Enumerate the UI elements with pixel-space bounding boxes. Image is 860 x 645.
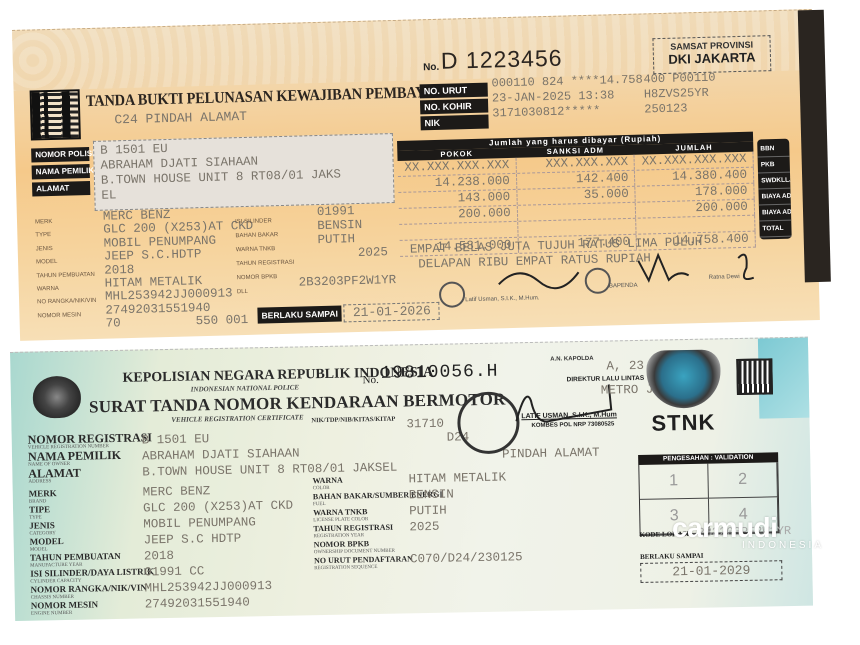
field-label-sub: ADDRESS [28,477,152,485]
field-value: C070/D24/230125 [410,549,523,567]
payment-cell: XX.XXX.XXX.XXX [635,152,754,170]
receipt-number: D 1223456 [441,45,563,75]
stnk-header-1-sub: INDONESIAN NATIONAL POLICE [191,383,299,393]
berlaku-sampai: BERLAKU SAMPAI 21-01-2026 [257,302,440,325]
field-label-text: NOMOR BPKB [314,539,370,549]
payment-cell [518,219,637,237]
label-tahun: TAHUN PEMBUATAN [36,269,96,284]
label-nomor-bpkb: NOMOR BPKB [236,270,295,286]
payment-cell: 143.000 [398,190,517,208]
label-nomor-polisi: NOMOR POLISI [31,147,89,163]
label-warna-tnkb: WARNA TNKB [236,242,295,258]
field-label-sub: ENGINE NUMBER [31,609,155,617]
receipt-no-label: No. [423,62,439,73]
field-label-text: TAHUN PEMBUATAN [30,551,121,563]
payment-cell [636,216,755,234]
payment-side-codes: BBNPKBSWDKLLJBIAYA ADM STNKBIAYA ADM TNK… [757,139,792,240]
label-dll: DLL [237,284,296,300]
label-bahan-bakar: BAHAN BAKAR [235,228,294,244]
field-value: 27492031551940 [145,594,295,613]
payment-cell: XX.XXX.XXX.XXX [398,158,517,176]
registration-values: B 1501 EU ABRAHAM DJATI SIAHAAN B.TOWN H… [142,428,398,481]
field-label-text: MERK [29,488,57,499]
value-nik: 3171030812***** [492,102,644,121]
carmudi-watermark: carmudi INDONESIA [672,512,824,551]
label-alamat: ALAMAT [32,181,90,197]
receipt-subtitle: C24 PINDAH ALAMAT [114,109,247,127]
field-label-text: NOMOR MESIN [31,599,98,610]
stnk-no-label: No. [362,374,378,386]
field-label-text: WARNA [312,476,342,486]
validation-slot: 1 [639,464,709,500]
payment-cell: XXX.XXX.XXX [516,155,635,173]
label-no-urut: NO. URUT [420,83,488,99]
field-label-text: TIPE [29,504,50,514]
field-value: HITAM METALIK [408,469,521,487]
stnk-vehicle-values: MERC BENZGLC 200 (X253)AT CKDMOBIL PENUM… [143,482,295,613]
field-label-text: ISI SILINDER/DAYA LISTRIK [30,566,154,578]
vehicle-labels-right: ISI SILINDER BAHAN BAKAR WARNA TNKB TAHU… [235,214,295,299]
payment-cell: 178.000 [636,184,755,202]
stnk-remark: PINDAH ALAMAT [502,446,600,462]
field-label-text: NOMOR RANGKA/NIK/VIN [30,582,146,594]
vehicle-values: MERC BENZ GLC 200 (X253)AT CKD MOBIL PEN… [103,207,256,332]
black-edge-strip [798,10,831,283]
payment-cell: 14.380.400 [635,168,754,186]
issue-place-label: A.N. KAPOLDA [550,356,593,363]
director-label: DIREKTUR LALU LINTAS [567,375,645,383]
police-shield-icon [646,349,721,408]
tax-payment-receipt: TANDA BUKTI PELUNASAN KEWAJIBAN PEMBAYAR… [12,9,820,341]
official-stamp-icon [439,281,466,308]
berlaku-label: BERLAKU SAMPAI [257,305,342,323]
payment-cell: 142.400 [517,171,636,189]
signer-1: Latif Usman, S.I.K., M.Hum. [465,295,539,303]
value-dll: 2B3203PF2W1YR [299,273,397,290]
owner-box: B 1501 EU ABRAHAM DJATI SIAHAAN B.TOWN H… [93,133,395,211]
side-code: BIAYA ADM TNKB [759,205,791,222]
qr-code-icon [30,89,81,140]
value-right-1: H8ZVS25YR [644,86,716,103]
field-value: GLC 200 (X253)AT CKD [143,498,293,517]
label-nama-pemilik: NAMA PEMILIK [32,164,90,180]
owner-labels: NOMOR POLISI NAMA PEMILIK ALAMAT [31,147,90,200]
payment-cell: 35.000 [517,187,636,205]
qr-code-icon [736,358,773,395]
top-values: 000110 824 ****14.758 23-JAN-2025 13:38 … [491,73,643,122]
field-label-text: JENIS [29,520,55,530]
samsat-line-2: DKI JAKARTA [654,49,770,67]
payment-cell [517,203,636,221]
side-code: TOTAL [759,221,791,238]
label-tahun-registrasi: TAHUN REGISTRASI [236,256,295,272]
payment-cell [399,222,518,240]
nik-label: NIK/TDP/NIB/KITAS/KITAP [311,416,395,425]
field-label: NOMOR MESINENGINE NUMBER [31,598,155,616]
value-right-2: 250123 [644,101,716,118]
signature-icon [488,247,789,295]
side-code: SWDKLLJ [758,173,790,190]
field-label-text: MODEL [30,536,64,547]
field-label-text: WARNA TNKB [313,507,367,517]
field-label: ALAMATADDRESS [28,466,153,485]
top-labels: NO. URUT NO. KOHIR NIK [420,83,489,133]
label-isi-silinder: ISI SILINDER [235,214,294,230]
registration-labels: NOMOR REGISTRASIVEHICLE REGISTRATION NUM… [28,432,153,485]
watermark-sub: INDONESIA [742,540,824,551]
stnk-berlaku-label: BERLAKU SAMPAI [640,552,704,561]
berlaku-value: 21-01-2026 [344,302,440,323]
payment-cell: 200.000 [399,206,518,224]
label-rangka: NO RANGKA/NIK/VIN [37,295,97,310]
vehicle-labels: MERK TYPE JENIS MODEL TAHUN PEMBUATAN WA… [35,215,97,324]
stnk-berlaku-value: 21-01-2029 [640,560,782,583]
label-mesin: NOMOR MESIN [37,309,97,324]
label-nik: NIK [420,115,488,131]
stnk-badge: STNK [651,409,715,436]
top-values-right: 400 P00110 H8ZVS25YR 250123 [643,71,716,118]
side-code: BIAYA ADM STNK [758,189,790,206]
side-code: BBN [757,141,789,158]
label-no-kohir: NO. KOHIR [420,99,488,115]
stnk-vehicle-values-right: HITAM METALIKBENSINPUTIH2025 C070/D24/23… [408,469,522,567]
field-value: MHL253942JJ000913 [144,578,294,597]
stnk-header-2-sub: VEHICLE REGISTRATION CERTIFICATE [171,413,303,424]
field-label-text: NO URUT PENDAFTARAN [314,554,413,565]
samsat-box: SAMSAT PROVINSI DKI JAKARTA [652,35,771,74]
side-code: PKB [758,157,790,174]
police-emblem-icon [32,376,81,419]
field-label-text: NAMA PEMILIK [28,448,121,464]
payment-cell: 200.000 [636,200,755,218]
field-label-text: TAHUN REGISTRASI [313,523,393,534]
vehicle-registration-certificate: KEPOLISIAN NEGARA REPUBLIK INDONESIA IND… [10,337,813,621]
vehicle-values-right: 01991 BENSIN PUTIH 2025 2B3203PF2W1YR [317,203,397,289]
validation-slot: 2 [708,462,778,498]
payment-cell: 14.238.000 [398,174,517,192]
stnk-vehicle-labels: MERKBRANDTIPETYPEJENISCATEGORYMODELMODEL… [29,486,155,616]
stnk-number: 19810056.H [380,362,498,384]
field-label-text: ALAMAT [28,466,81,481]
value-tahun-registrasi: 2025 [318,245,396,261]
value-extra: 70 550 001 [106,314,256,331]
